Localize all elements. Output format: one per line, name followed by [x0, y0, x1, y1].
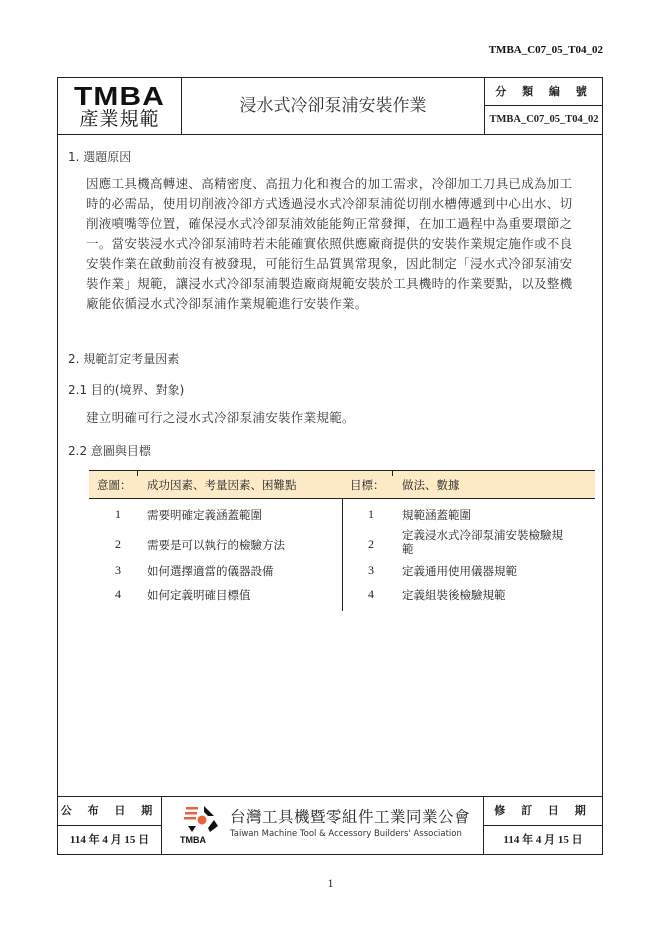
- document-code-top: TMBA_C07_05_T04_02: [489, 44, 603, 56]
- tmba-association-logo-icon: [184, 804, 220, 834]
- section-2-1-heading: 2.1 目的(境界、對象): [68, 381, 184, 398]
- intent-number: 4: [115, 587, 121, 602]
- section-2-2-heading: 2.2 意圖與目標: [68, 442, 151, 459]
- para-line: 安裝作業在啟動前沒有被發現，可能衍生品質異常現象，因此制定「浸水式冷卻泵浦安: [86, 254, 596, 274]
- goal-number: 4: [368, 587, 374, 602]
- association-logo-text: TMBA: [180, 835, 206, 845]
- table-row: 4 如何定義明確目標值 4 定義組裝後檢驗規範: [89, 583, 595, 605]
- intent-number: 1: [115, 507, 121, 522]
- revise-date-value: 114 年 4 月 15 日: [484, 826, 602, 854]
- intent-text: 如何選擇適當的儀器設備: [147, 563, 274, 579]
- revise-date-label: 修 訂 日 期: [484, 797, 602, 826]
- publish-date-value: 114 年 4 月 15 日: [58, 826, 161, 854]
- section-1-heading: 1. 選題原因: [68, 148, 131, 165]
- classification-label: 分 類 編 號: [485, 78, 603, 106]
- page-number: 1: [0, 876, 661, 891]
- para-line: 廠能依循浸水式冷卻泵浦作業規範進行安裝作業。: [86, 294, 596, 314]
- para-line: 裝作業」規範，讓浸水式冷卻泵浦製造廠商規範安裝於工具機時的作業要點，以及整機: [86, 274, 596, 294]
- association-name-zh: 台灣工具機暨零組件工業同業公會: [230, 805, 470, 827]
- goal-number: 2: [368, 537, 374, 552]
- intent-text: 需要明確定義涵蓋範圍: [147, 507, 262, 523]
- header-intent: 意圖：: [97, 477, 132, 493]
- header-goal: 目標：: [350, 477, 385, 493]
- classification-box: 分 類 編 號 TMBA_C07_05_T04_02: [484, 78, 603, 134]
- goal-text: 定義浸水式冷卻泵浦安裝檢驗規: [402, 527, 563, 543]
- table-row: 1 需要明確定義涵蓋範圍 1 規範涵蓋範圍: [89, 505, 595, 527]
- para-line: 因應工具機高轉速、高精密度、高扭力化和複合的加工需求，冷卻加工刀具已成為加工: [86, 174, 596, 194]
- footer: 公 布 日 期 114 年 4 月 15 日 TMBA 台灣工具機暨零組件工業同…: [58, 796, 602, 854]
- para-line: 一。當安裝浸水式冷卻泵浦時若未能確實依照供應廠商提供的安裝作業規定施作或不良: [86, 234, 596, 254]
- goal-number: 1: [368, 507, 374, 522]
- logo-en: TMBA: [49, 84, 190, 108]
- classification-value: TMBA_C07_05_T04_02: [485, 106, 603, 134]
- para-line: 削液噴嘴等位置，確保浸水式冷卻泵浦效能能夠正常發揮，在加工過程中為重要環節之: [86, 214, 596, 234]
- header-tick: [392, 470, 393, 476]
- intent-number: 2: [115, 537, 121, 552]
- header-factors: 成功因素、考量因素、困難點: [147, 477, 297, 493]
- goal-text: 定義通用使用儀器規範: [402, 563, 517, 579]
- publish-date-label: 公 布 日 期: [58, 797, 161, 826]
- section-2-1-text: 建立明確可行之浸水式冷卻泵浦安裝作業規範。: [86, 408, 596, 428]
- logo-zh: 產業規範: [58, 108, 181, 130]
- goal-text-continued: 範: [402, 541, 414, 557]
- table-row: 2 需要是可以執行的檢驗方法 2 定義浸水式冷卻泵浦安裝檢驗規 範: [89, 527, 595, 561]
- para-line: 時的必需品，使用切削液冷卻方式透過浸水式冷卻泵浦從切削水槽傳遞到中心出水、切: [86, 194, 596, 214]
- document-frame: TMBA 產業規範 浸水式冷卻泵浦安裝作業 分 類 編 號 TMBA_C07_0…: [57, 77, 603, 855]
- goal-text: 定義組裝後檢驗規範: [402, 587, 506, 603]
- header-method: 做法、數據: [402, 477, 460, 493]
- header: TMBA 產業規範 浸水式冷卻泵浦安裝作業 分 類 編 號 TMBA_C07_0…: [58, 78, 602, 135]
- intent-number: 3: [115, 563, 121, 578]
- section-2-heading: 2. 規範訂定考量因素: [68, 350, 179, 367]
- association-name-en: Taiwan Machine Tool & Accessory Builders…: [230, 829, 462, 839]
- goal-text: 規範涵蓋範圍: [402, 507, 471, 523]
- association-block: TMBA 台灣工具機暨零組件工業同業公會 Taiwan Machine Tool…: [162, 797, 482, 854]
- intent-text: 需要是可以執行的檢驗方法: [147, 537, 285, 553]
- section-1-paragraph: 因應工具機高轉速、高精密度、高扭力化和複合的加工需求，冷卻加工刀具已成為加工 時…: [86, 174, 596, 314]
- revise-date-box: 修 訂 日 期 114 年 4 月 15 日: [483, 797, 602, 854]
- intent-goal-table: 意圖： 成功因素、考量因素、困難點 目標： 做法、數據 1 需要明確定義涵蓋範圍…: [89, 470, 595, 605]
- publish-date-box: 公 布 日 期 114 年 4 月 15 日: [58, 797, 162, 854]
- intent-text: 如何定義明確目標值: [147, 587, 251, 603]
- header-tick: [137, 470, 138, 476]
- goal-number: 3: [368, 563, 374, 578]
- table-row: 3 如何選擇適當的儀器設備 3 定義通用使用儀器規範: [89, 561, 595, 583]
- tmba-standard-logo: TMBA 產業規範: [58, 78, 182, 134]
- table-header: 意圖： 成功因素、考量因素、困難點 目標： 做法、數據: [89, 470, 595, 499]
- document-title: 浸水式冷卻泵浦安裝作業: [182, 78, 484, 134]
